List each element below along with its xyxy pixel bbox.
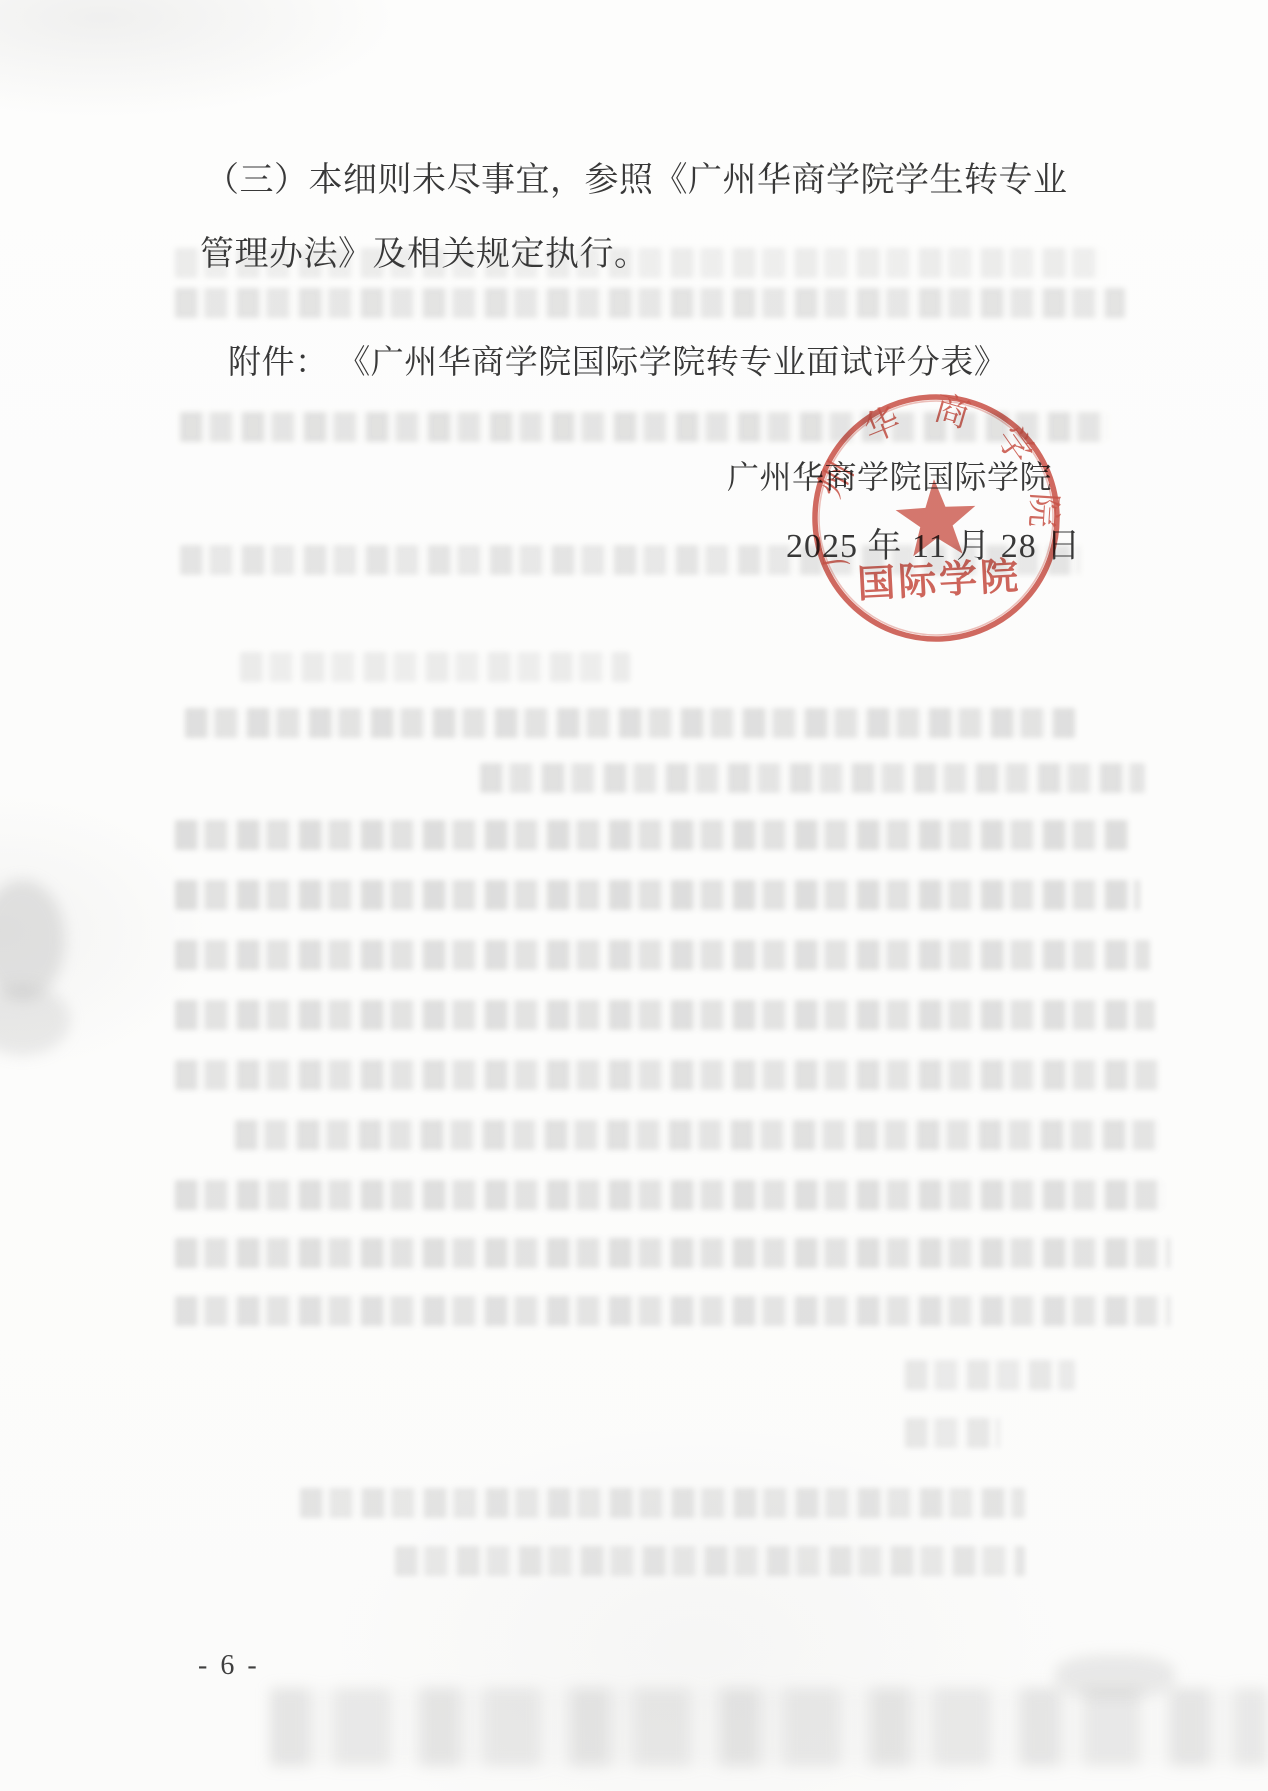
paragraph-line-1: （三）本细则未尽事宜，参照《广州华商学院学生转专业 (205, 152, 1068, 201)
bleedthrough-line (175, 288, 1125, 318)
bleedthrough-line (905, 1418, 1000, 1448)
bleedthrough-line (905, 1360, 1075, 1390)
bleedthrough-line (480, 763, 1145, 793)
bleedthrough-line (175, 1000, 1155, 1030)
bleedthrough-line (240, 652, 630, 682)
bleedthrough-line (175, 1180, 1165, 1210)
stamp-arc-text: 广州华商学院 (801, 382, 1068, 571)
bleedthrough-line (175, 820, 1130, 850)
attachment-line: 附件： 《广州华商学院国际学院转专业面试评分表》 (228, 336, 1007, 383)
bleedthrough-line (175, 940, 1150, 970)
bleedthrough-line (300, 1488, 1025, 1518)
stamp-bottom-text: 国际学院 (856, 556, 1022, 607)
star-icon (894, 477, 978, 557)
official-stamp: 广州华商学院 国际学院 (798, 380, 1073, 655)
bleedthrough-line (185, 708, 1075, 738)
scan-smudge-right (1055, 1655, 1175, 1697)
bleedthrough-line (395, 1546, 1025, 1576)
bleedthrough-line (175, 1296, 1170, 1326)
bleedthrough-line (175, 880, 1140, 910)
bleedthrough-line (175, 1060, 1160, 1090)
bleedthrough-line (235, 1120, 1160, 1150)
bleedthrough-line (175, 1238, 1170, 1268)
paragraph-line-2: 管理办法》及相关规定执行。 (200, 226, 649, 275)
bleedthrough-smudge-bottom (270, 1688, 1268, 1766)
page-number: - 6 - (198, 1650, 260, 1682)
